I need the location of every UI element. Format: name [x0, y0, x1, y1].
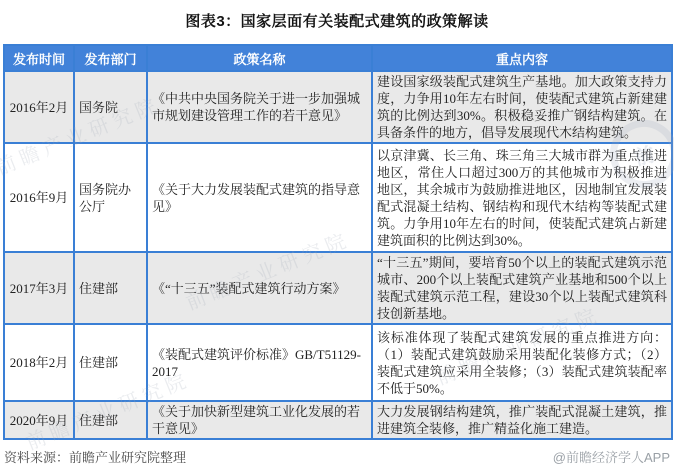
key-content-cell: 建设国家级装配式建筑生产基地。加大政策支持力度，力争用10年左右时间，使装配式建…	[372, 71, 672, 143]
footer: 资料来源：前瞻产业研究院整理 @前瞻经济学人APP	[4, 447, 670, 466]
date-cell: 2018年2月	[4, 324, 74, 401]
report-figure-page: { "title": "图表3：国家层面有关装配式建筑的政策解读", "tabl…	[0, 0, 674, 475]
table-row: 2017年3月 住建部 《“十三五”装配式建筑行动方案》 “十三五”期间，要培育…	[4, 252, 672, 324]
page-title: 图表3：国家层面有关装配式建筑的政策解读	[0, 10, 674, 31]
key-content-cell: 大力发展钢结构建筑，推广装配式混凝土建筑，推进建筑全装修，推广精益化施工建造。	[372, 401, 672, 439]
policy-name-cell: 《“十三五”装配式建筑行动方案》	[147, 252, 372, 324]
policy-name-cell: 《关于加快新型建筑工业化发展的若干意见》	[147, 401, 372, 439]
header-content: 重点内容	[372, 45, 672, 71]
dept-cell: 住建部	[74, 401, 147, 439]
header-dept: 发布部门	[74, 45, 147, 71]
policy-name-cell: 《装配式建筑评价标准》GB/T51129-2017	[147, 324, 372, 401]
dept-cell: 国务院	[74, 71, 147, 143]
date-cell: 2017年3月	[4, 252, 74, 324]
key-content-cell: 该标准体现了装配式建筑发展的重点推进方向：（1）装配式建筑鼓励采用装配化装修方式…	[372, 324, 672, 401]
header-policy: 政策名称	[147, 45, 372, 71]
dept-cell: 住建部	[74, 252, 147, 324]
key-content-cell: 以京津冀、长三角、珠三角三大城市群为重点推进地区，常住人口超过300万的其他城市…	[372, 143, 672, 252]
header-date: 发布时间	[4, 45, 74, 71]
dept-cell: 国务院办公厅	[74, 143, 147, 252]
date-cell: 2016年9月	[4, 143, 74, 252]
table-row: 2016年9月 国务院办公厅 《关于大力发展装配式建筑的指导意见》 以京津冀、长…	[4, 143, 672, 252]
source-note: 资料来源：前瞻产业研究院整理	[4, 447, 186, 466]
table-row: 2018年2月 住建部 《装配式建筑评价标准》GB/T51129-2017 该标…	[4, 324, 672, 401]
table-header-row: 发布时间 发布部门 政策名称 重点内容	[4, 45, 672, 71]
dept-cell: 住建部	[74, 324, 147, 401]
date-cell: 2016年2月	[4, 71, 74, 143]
brand-credit: @前瞻经济学人APP	[553, 447, 670, 466]
policy-name-cell: 《关于大力发展装配式建筑的指导意见》	[147, 143, 372, 252]
date-cell: 2020年9月	[4, 401, 74, 439]
key-content-cell: “十三五”期间，要培育50个以上的装配式建筑示范城市、200个以上装配式建筑产业…	[372, 252, 672, 324]
table-row: 2020年9月 住建部 《关于加快新型建筑工业化发展的若干意见》 大力发展钢结构…	[4, 401, 672, 439]
table-row: 2016年2月 国务院 《中共中央国务院关于进一步加强城市规划建设管理工作的若干…	[4, 71, 672, 143]
policy-name-cell: 《中共中央国务院关于进一步加强城市规划建设管理工作的若干意见》	[147, 71, 372, 143]
policy-table: 发布时间 发布部门 政策名称 重点内容 2016年2月 国务院 《中共中央国务院…	[3, 44, 673, 440]
